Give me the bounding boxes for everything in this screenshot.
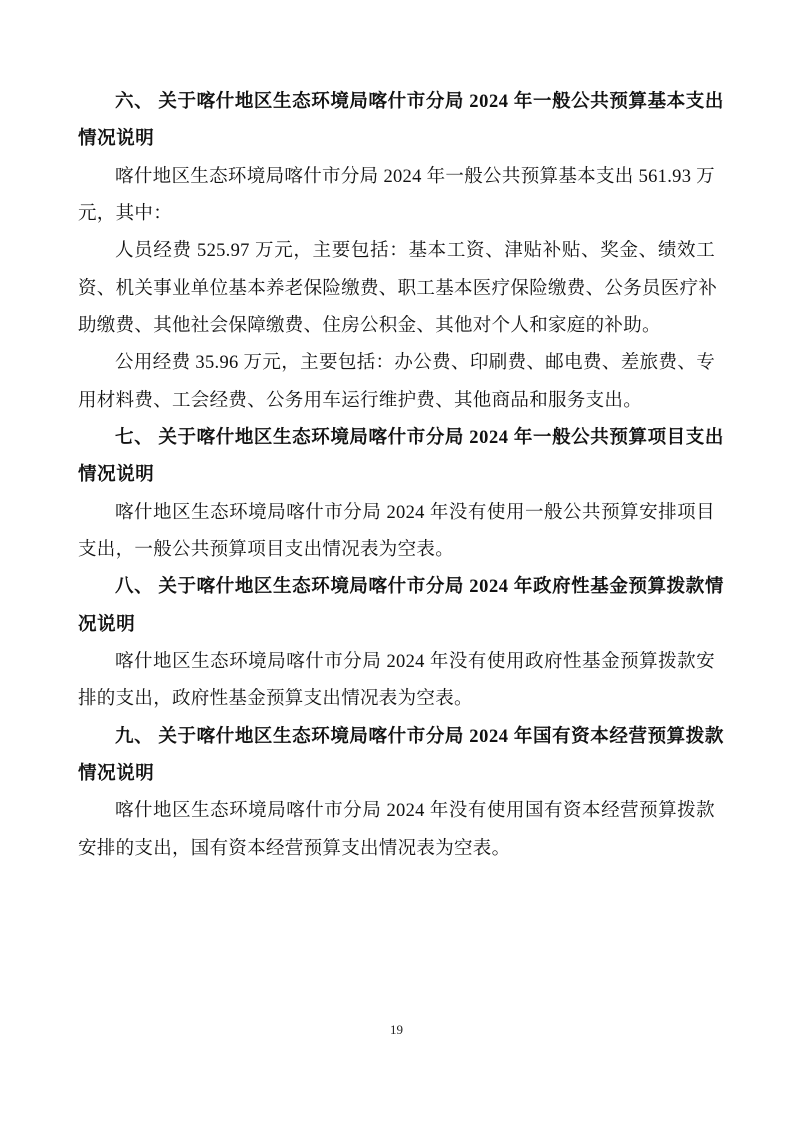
text-line: 八、 关于喀什地区生态环境局喀什市分局 2024 年政府性基金预算拨款情 [78,569,715,606]
text-line: 支出，一般公共预算项目支出情况表为空表。 [78,532,715,569]
paragraph: 人员经费 525.97 万元，主要包括：基本工资、津贴补贴、奖金、绩效工资、机关… [78,233,715,345]
text-line: 六、 关于喀什地区生态环境局喀什市分局 2024 年一般公共预算基本支出 [78,84,715,121]
document-content: 六、 关于喀什地区生态环境局喀什市分局 2024 年一般公共预算基本支出情况说明… [78,84,715,868]
text-line: 用材料费、工会经费、公务用车运行维护费、其他商品和服务支出。 [78,383,715,420]
page-number: 19 [0,1020,793,1040]
text-line: 情况说明 [78,457,715,494]
text-line: 喀什地区生态环境局喀什市分局 2024 年没有使用政府性基金预算拨款安 [78,644,715,681]
text-line: 喀什地区生态环境局喀什市分局 2024 年一般公共预算基本支出 561.93 万 [78,159,715,196]
section-heading: 九、 关于喀什地区生态环境局喀什市分局 2024 年国有资本经营预算拨款情况说明 [78,719,715,794]
text-line: 况说明 [78,607,715,644]
text-line: 人员经费 525.97 万元，主要包括：基本工资、津贴补贴、奖金、绩效工 [78,233,715,270]
text-line: 公用经费 35.96 万元，主要包括：办公费、印刷费、邮电费、差旅费、专 [78,345,715,382]
text-line: 安排的支出，国有资本经营预算支出情况表为空表。 [78,831,715,868]
text-line: 排的支出，政府性基金预算支出情况表为空表。 [78,681,715,718]
paragraph: 公用经费 35.96 万元，主要包括：办公费、印刷费、邮电费、差旅费、专用材料费… [78,345,715,420]
paragraph: 喀什地区生态环境局喀什市分局 2024 年一般公共预算基本支出 561.93 万… [78,159,715,234]
paragraph: 喀什地区生态环境局喀什市分局 2024 年没有使用政府性基金预算拨款安排的支出，… [78,644,715,719]
text-line: 元，其中： [78,196,715,233]
text-line: 情况说明 [78,121,715,158]
text-line: 助缴费、其他社会保障缴费、住房公积金、其他对个人和家庭的补助。 [78,308,715,345]
text-line: 喀什地区生态环境局喀什市分局 2024 年没有使用一般公共预算安排项目 [78,495,715,532]
section-heading: 八、 关于喀什地区生态环境局喀什市分局 2024 年政府性基金预算拨款情况说明 [78,569,715,644]
text-line: 情况说明 [78,756,715,793]
text-line: 九、 关于喀什地区生态环境局喀什市分局 2024 年国有资本经营预算拨款 [78,719,715,756]
text-line: 喀什地区生态环境局喀什市分局 2024 年没有使用国有资本经营预算拨款 [78,793,715,830]
text-line: 资、机关事业单位基本养老保险缴费、职工基本医疗保险缴费、公务员医疗补 [78,271,715,308]
section-heading: 七、 关于喀什地区生态环境局喀什市分局 2024 年一般公共预算项目支出情况说明 [78,420,715,495]
document-page: 六、 关于喀什地区生态环境局喀什市分局 2024 年一般公共预算基本支出情况说明… [0,0,793,1122]
text-line: 七、 关于喀什地区生态环境局喀什市分局 2024 年一般公共预算项目支出 [78,420,715,457]
paragraph: 喀什地区生态环境局喀什市分局 2024 年没有使用一般公共预算安排项目支出，一般… [78,495,715,570]
section-heading: 六、 关于喀什地区生态环境局喀什市分局 2024 年一般公共预算基本支出情况说明 [78,84,715,159]
paragraph: 喀什地区生态环境局喀什市分局 2024 年没有使用国有资本经营预算拨款安排的支出… [78,793,715,868]
